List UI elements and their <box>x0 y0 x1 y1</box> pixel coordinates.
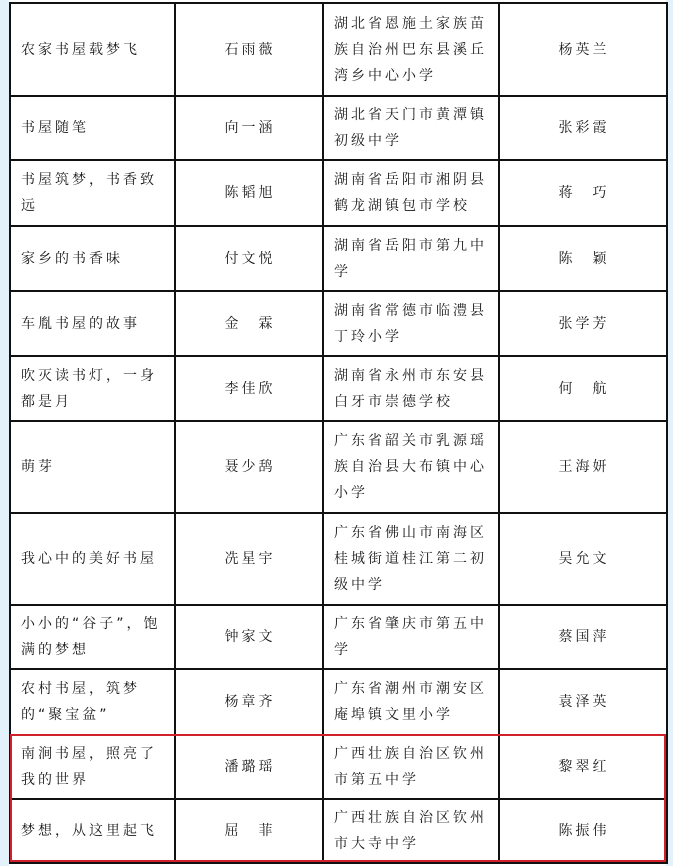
school-name: 湖南省岳阳市第九中学 <box>323 226 499 291</box>
student-name: 杨章齐 <box>175 669 323 735</box>
school-name: 湖南省永州市东安县白牙市崇德学校 <box>323 356 499 421</box>
teacher-name: 何 航 <box>499 356 667 421</box>
school-name: 广西壮族自治区钦州市大寺中学 <box>323 799 499 863</box>
student-name: 钟家文 <box>175 605 323 669</box>
table-row: 书屋随笔 向一涵 湖北省天门市黄潭镇初级中学 张彩霞 <box>10 96 667 160</box>
essay-title: 梦想，从这里起飞 <box>10 799 175 863</box>
student-name: 金 霖 <box>175 291 323 356</box>
essay-title: 我心中的美好书屋 <box>10 513 175 605</box>
essay-title: 吹灭读书灯，一身都是月 <box>10 356 175 421</box>
table-row: 家乡的书香味 付文悦 湖南省岳阳市第九中学 陈 颖 <box>10 226 667 291</box>
school-name: 广西壮族自治区钦州市第五中学 <box>323 735 499 799</box>
table-row: 我心中的美好书屋 冼星宇 广东省佛山市南海区桂城街道桂江第二初级中学 吴允文 <box>10 513 667 605</box>
table-row: 吹灭读书灯，一身都是月 李佳欣 湖南省永州市东安县白牙市崇德学校 何 航 <box>10 356 667 421</box>
award-list-table: 农家书屋载梦飞 石雨薇 湖北省恩施土家族苗族自治州巴东县溪丘湾乡中心小学 杨英兰… <box>9 2 668 864</box>
student-name: 冼星宇 <box>175 513 323 605</box>
essay-title: 小小的“谷子”，饱满的梦想 <box>10 605 175 669</box>
school-name: 湖北省恩施土家族苗族自治州巴东县溪丘湾乡中心小学 <box>323 3 499 96</box>
essay-title: 农家书屋载梦飞 <box>10 3 175 96</box>
school-name: 广东省韶关市乳源瑶族自治县大布镇中心小学 <box>323 421 499 513</box>
school-name: 广东省肇庆市第五中学 <box>323 605 499 669</box>
table-row: 小小的“谷子”，饱满的梦想 钟家文 广东省肇庆市第五中学 蔡国萍 <box>10 605 667 669</box>
student-name: 石雨薇 <box>175 3 323 96</box>
teacher-name: 王海妍 <box>499 421 667 513</box>
essay-title: 书屋筑梦，书香致远 <box>10 160 175 226</box>
student-name: 屈 菲 <box>175 799 323 863</box>
school-name: 湖南省岳阳市湘阴县鹤龙湖镇包市学校 <box>323 160 499 226</box>
teacher-name: 袁泽英 <box>499 669 667 735</box>
school-name: 广东省潮州市潮安区庵埠镇文里小学 <box>323 669 499 735</box>
table-row: 萌芽 聂少鸹 广东省韶关市乳源瑶族自治县大布镇中心小学 王海妍 <box>10 421 667 513</box>
teacher-name: 杨英兰 <box>499 3 667 96</box>
school-name: 湖南省常德市临澧县丁玲小学 <box>323 291 499 356</box>
student-name: 潘璐瑶 <box>175 735 323 799</box>
school-name: 广东省佛山市南海区桂城街道桂江第二初级中学 <box>323 513 499 605</box>
student-name: 陈韬旭 <box>175 160 323 226</box>
essay-title: 车胤书屋的故事 <box>10 291 175 356</box>
table-row: 书屋筑梦，书香致远 陈韬旭 湖南省岳阳市湘阴县鹤龙湖镇包市学校 蒋 巧 <box>10 160 667 226</box>
essay-title: 家乡的书香味 <box>10 226 175 291</box>
student-name: 李佳欣 <box>175 356 323 421</box>
essay-title: 萌芽 <box>10 421 175 513</box>
teacher-name: 蒋 巧 <box>499 160 667 226</box>
essay-title: 南涧书屋，照亮了我的世界 <box>10 735 175 799</box>
table-row: 车胤书屋的故事 金 霖 湖南省常德市临澧县丁玲小学 张学芳 <box>10 291 667 356</box>
student-name: 向一涵 <box>175 96 323 160</box>
teacher-name: 陈 颖 <box>499 226 667 291</box>
teacher-name: 蔡国萍 <box>499 605 667 669</box>
teacher-name: 陈振伟 <box>499 799 667 863</box>
essay-title: 书屋随笔 <box>10 96 175 160</box>
table-row-highlighted: 南涧书屋，照亮了我的世界 潘璐瑶 广西壮族自治区钦州市第五中学 黎翠红 <box>10 735 667 799</box>
teacher-name: 张彩霞 <box>499 96 667 160</box>
teacher-name: 黎翠红 <box>499 735 667 799</box>
student-name: 聂少鸹 <box>175 421 323 513</box>
table-row: 农家书屋载梦飞 石雨薇 湖北省恩施土家族苗族自治州巴东县溪丘湾乡中心小学 杨英兰 <box>10 3 667 96</box>
table-row-highlighted: 梦想，从这里起飞 屈 菲 广西壮族自治区钦州市大寺中学 陈振伟 <box>10 799 667 863</box>
student-name: 付文悦 <box>175 226 323 291</box>
school-name: 湖北省天门市黄潭镇初级中学 <box>323 96 499 160</box>
table-row: 农村书屋，筑梦的“聚宝盆” 杨章齐 广东省潮州市潮安区庵埠镇文里小学 袁泽英 <box>10 669 667 735</box>
essay-title: 农村书屋，筑梦的“聚宝盆” <box>10 669 175 735</box>
teacher-name: 张学芳 <box>499 291 667 356</box>
teacher-name: 吴允文 <box>499 513 667 605</box>
